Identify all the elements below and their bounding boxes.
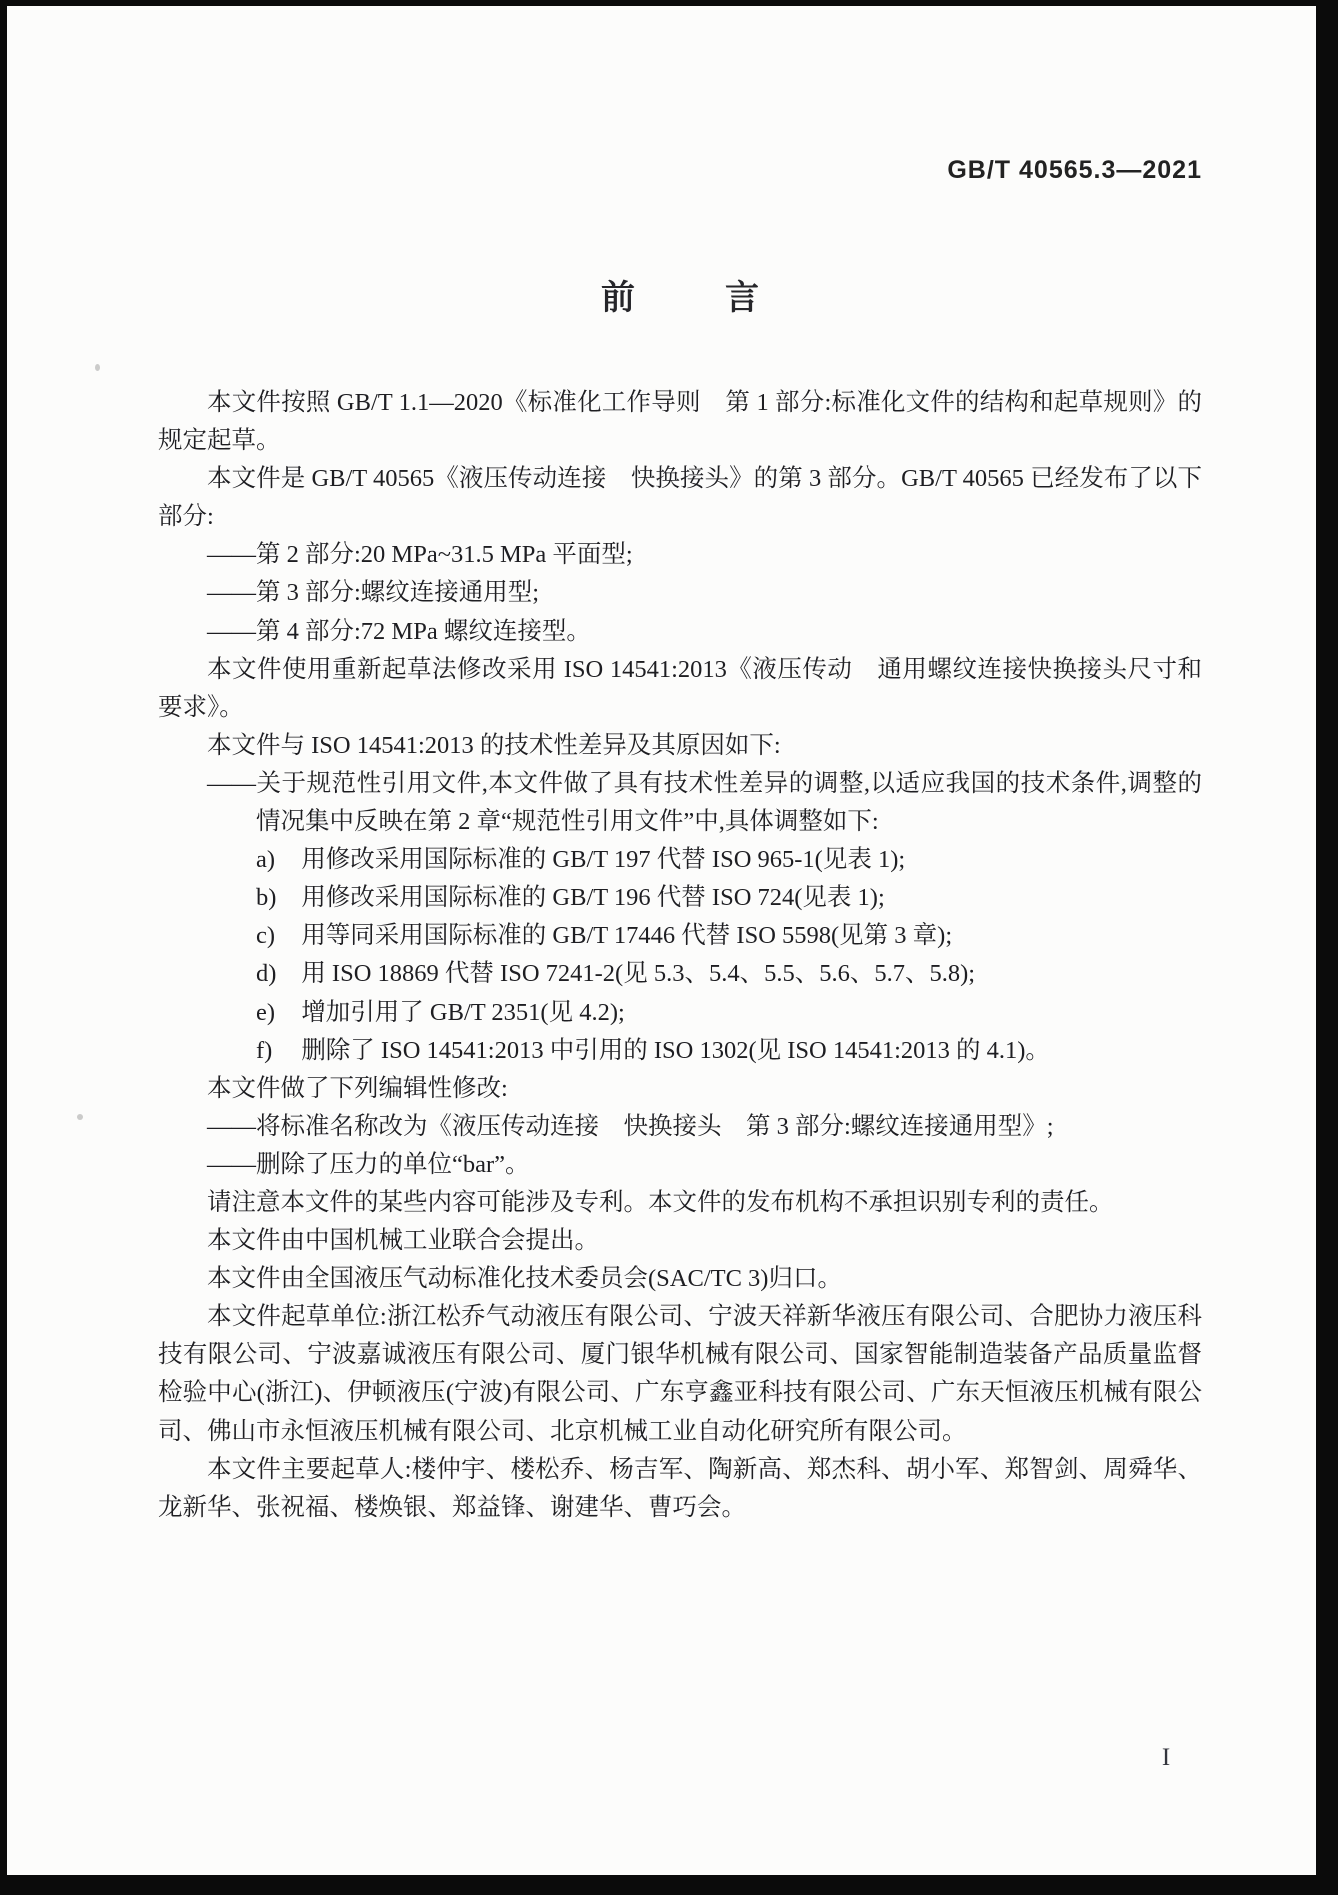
foreword-paragraph: 本文件由全国液压气动标准化技术委员会(SAC/TC 3)归口。 xyxy=(158,1260,1202,1298)
foreword-paragraph: 本文件起草单位:浙江松乔气动液压有限公司、宁波天祥新华液压有限公司、合肥协力液压… xyxy=(158,1298,1202,1450)
item-text: 用等同采用国际标准的 GB/T 17446 代替 ISO 5598(见第 3 章… xyxy=(301,922,952,949)
item-marker: d) xyxy=(256,955,301,993)
scan-artifact xyxy=(95,364,100,371)
item-text: 删除了 ISO 14541:2013 中引用的 ISO 1302(见 ISO 1… xyxy=(301,1037,1050,1064)
foreword-paragraph: 本文件主要起草人:楼仲宇、楼松乔、杨吉军、陶新高、郑杰科、胡小军、郑智剑、周舜华… xyxy=(158,1451,1202,1527)
item-text: 增加引用了 GB/T 2351(见 4.2); xyxy=(301,999,625,1026)
letter-item: a)用修改采用国际标准的 GB/T 197 代替 ISO 965-1(见表 1)… xyxy=(158,841,1202,879)
dash-item: ——第 4 部分:72 MPa 螺纹连接型。 xyxy=(158,613,1202,651)
foreword-body: 本文件按照 GB/T 1.1—2020《标准化工作导则 第 1 部分:标准化文件… xyxy=(158,384,1202,1527)
letter-item: e)增加引用了 GB/T 2351(见 4.2); xyxy=(158,994,1202,1032)
item-marker: c) xyxy=(256,917,301,955)
letter-item: b)用修改采用国际标准的 GB/T 196 代替 ISO 724(见表 1); xyxy=(158,879,1202,917)
item-marker: b) xyxy=(256,879,301,917)
item-text: 用 ISO 18869 代替 ISO 7241-2(见 5.3、5.4、5.5、… xyxy=(301,960,975,987)
page-title: 前 言 xyxy=(158,270,1202,319)
item-marker: f) xyxy=(256,1032,301,1070)
foreword-paragraph: 本文件使用重新起草法修改采用 ISO 14541:2013《液压传动 通用螺纹连… xyxy=(158,651,1202,727)
foreword-paragraph: 请注意本文件的某些内容可能涉及专利。本文件的发布机构不承担识别专利的责任。 xyxy=(158,1184,1202,1222)
letter-item: c)用等同采用国际标准的 GB/T 17446 代替 ISO 5598(见第 3… xyxy=(158,917,1202,955)
document-page: GB/T 40565.3—2021 前 言 本文件按照 GB/T 1.1—202… xyxy=(7,6,1316,1875)
dash-item: ——关于规范性引用文件,本文件做了具有技术性差异的调整,以适应我国的技术条件,调… xyxy=(158,765,1202,841)
foreword-paragraph: 本文件与 ISO 14541:2013 的技术性差异及其原因如下: xyxy=(158,727,1202,765)
letter-item: f)删除了 ISO 14541:2013 中引用的 ISO 1302(见 ISO… xyxy=(158,1032,1202,1070)
dash-item: ——将标准名称改为《液压传动连接 快换接头 第 3 部分:螺纹连接通用型》; xyxy=(158,1108,1202,1146)
foreword-paragraph: 本文件按照 GB/T 1.1—2020《标准化工作导则 第 1 部分:标准化文件… xyxy=(158,384,1202,460)
foreword-paragraph: 本文件由中国机械工业联合会提出。 xyxy=(158,1222,1202,1260)
dash-item: ——删除了压力的单位“bar”。 xyxy=(158,1146,1202,1184)
page-number: I xyxy=(1142,1744,1190,1772)
dash-item: ——第 3 部分:螺纹连接通用型; xyxy=(158,574,1202,612)
item-text: 用修改采用国际标准的 GB/T 197 代替 ISO 965-1(见表 1); xyxy=(301,846,905,873)
letter-item: d)用 ISO 18869 代替 ISO 7241-2(见 5.3、5.4、5.… xyxy=(158,955,1202,993)
foreword-paragraph: 本文件做了下列编辑性修改: xyxy=(158,1070,1202,1108)
item-marker: a) xyxy=(256,841,301,879)
dash-item: ——第 2 部分:20 MPa~31.5 MPa 平面型; xyxy=(158,536,1202,574)
page-title-char-1: 前 xyxy=(601,270,635,319)
scan-artifact xyxy=(77,1114,83,1120)
item-marker: e) xyxy=(256,994,301,1032)
foreword-paragraph: 本文件是 GB/T 40565《液压传动连接 快换接头》的第 3 部分。GB/T… xyxy=(158,460,1202,536)
standard-number: GB/T 40565.3—2021 xyxy=(158,156,1202,185)
item-text: 用修改采用国际标准的 GB/T 196 代替 ISO 724(见表 1); xyxy=(301,884,884,911)
page-title-char-2: 言 xyxy=(725,270,759,319)
